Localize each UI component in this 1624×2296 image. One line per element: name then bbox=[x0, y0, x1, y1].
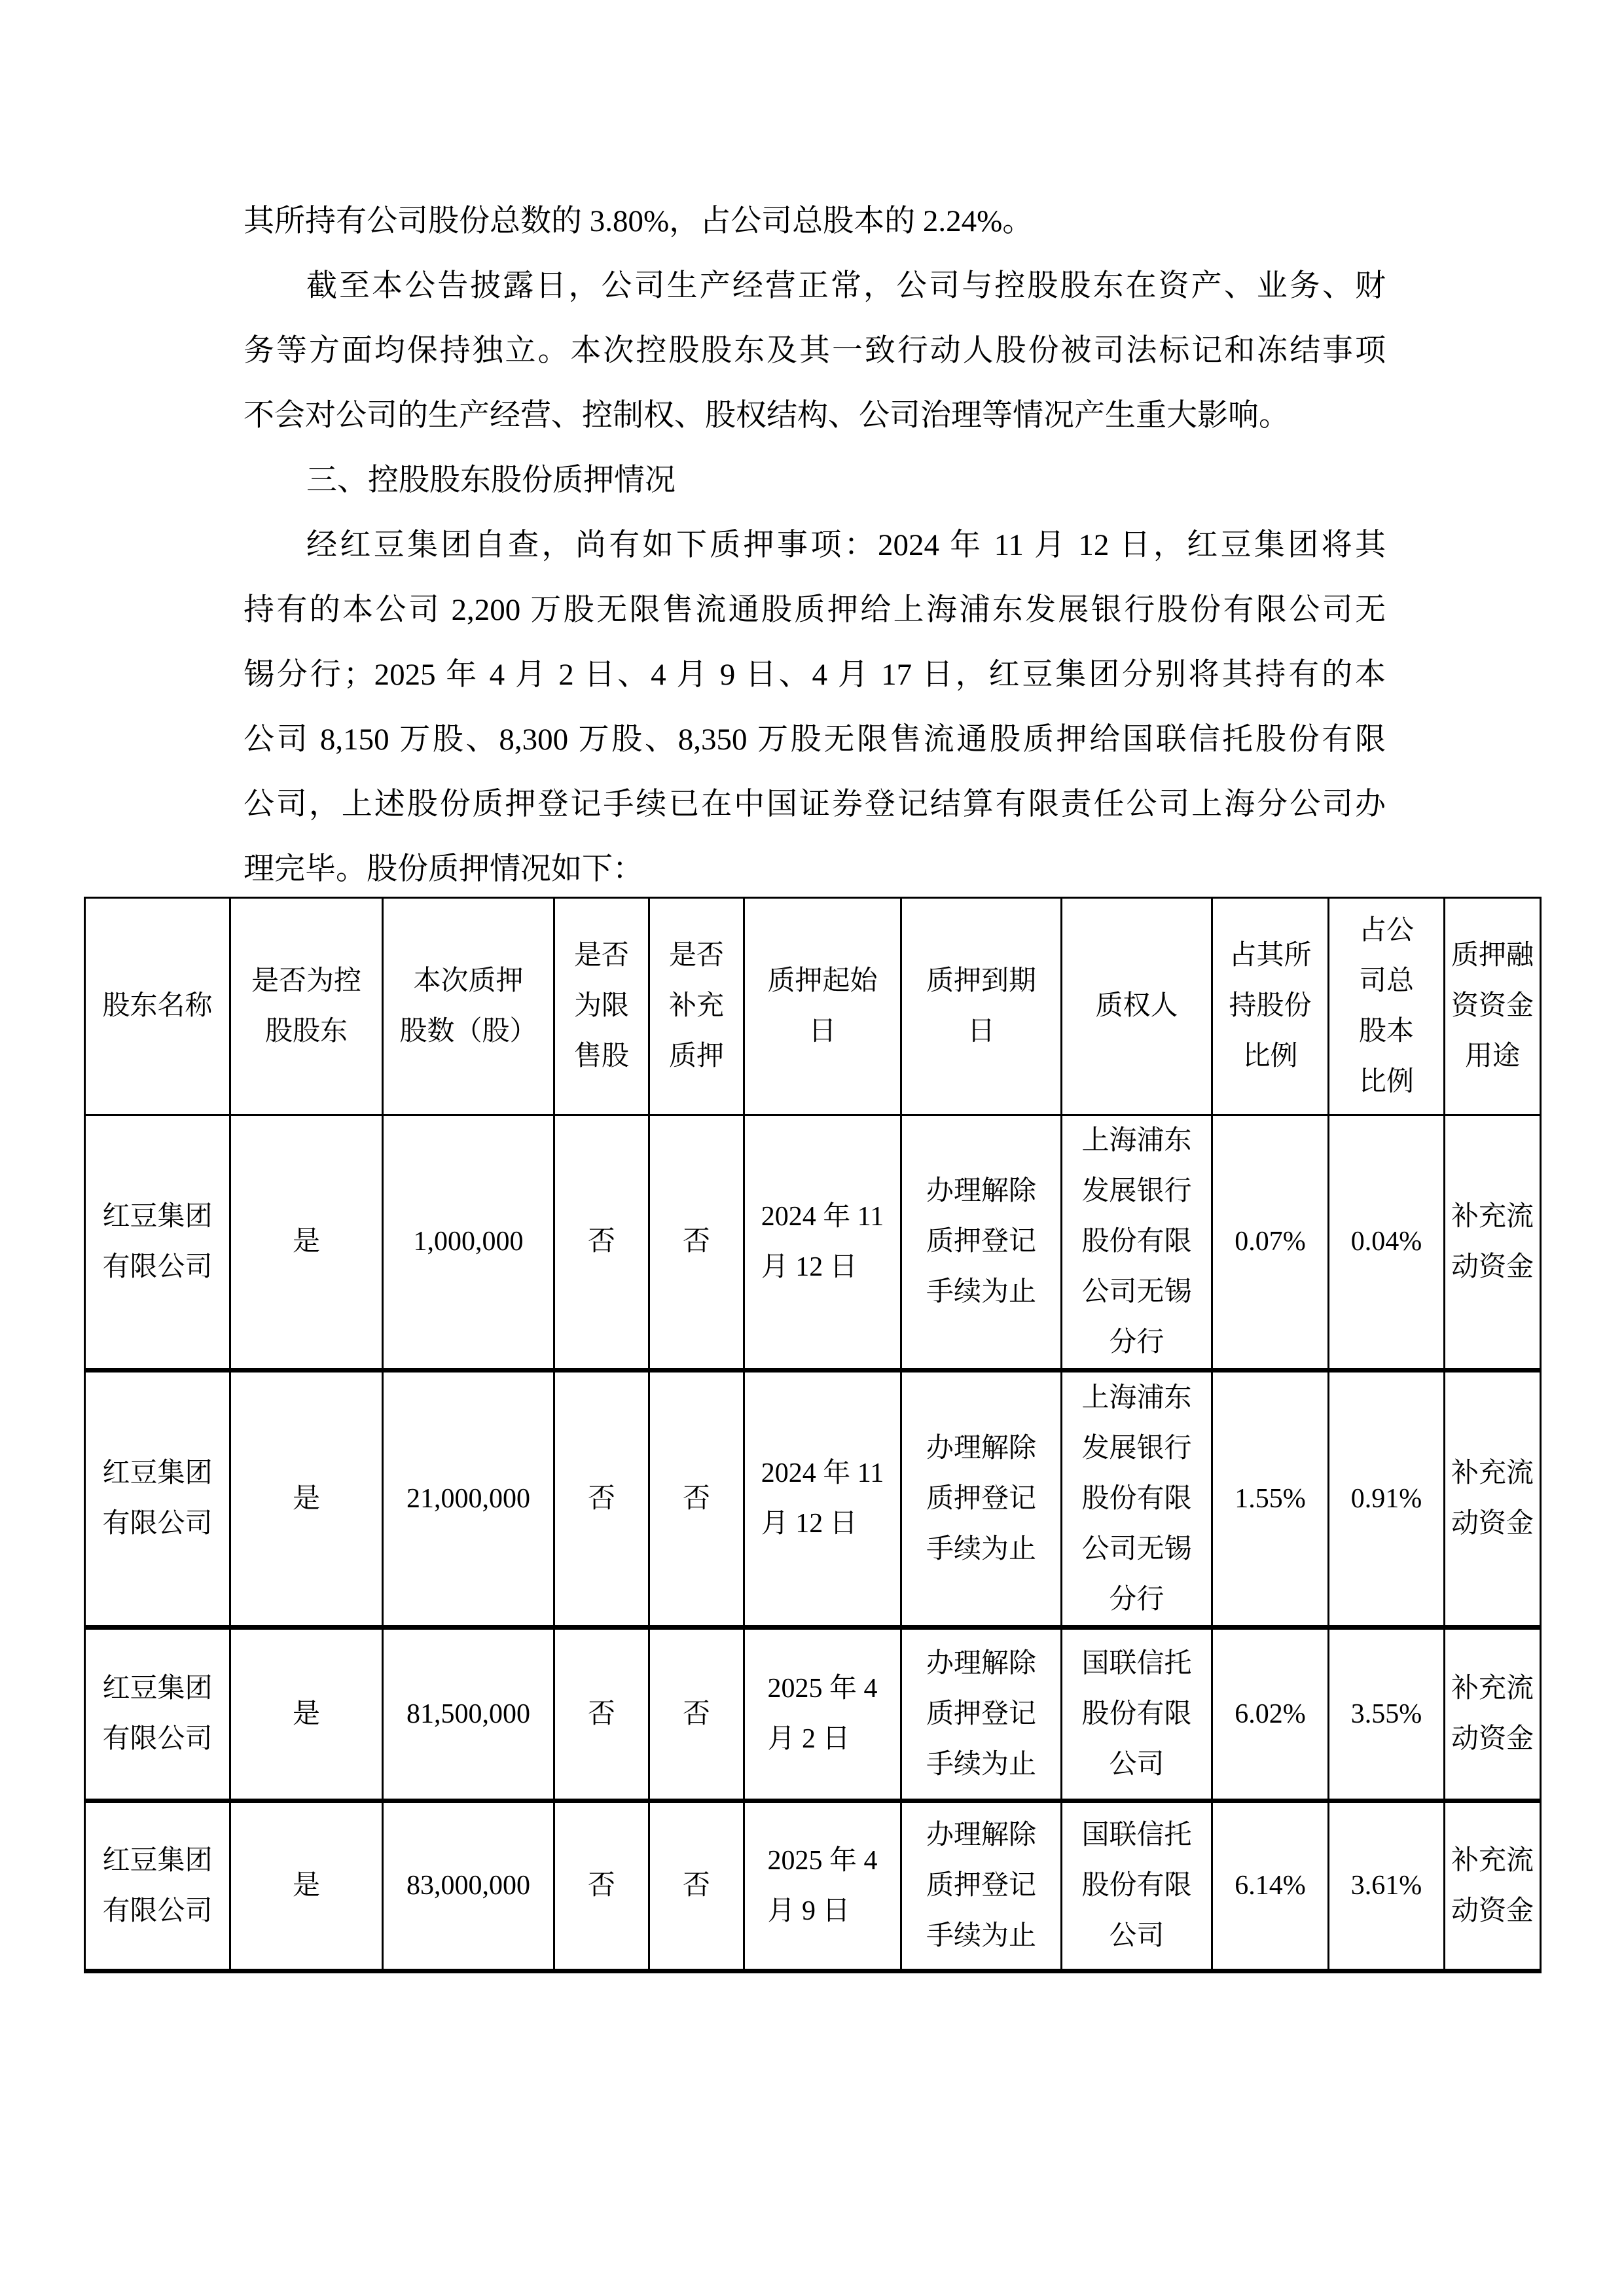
table-row: 红豆集团 有限公司 是 81,500,000 否 否 2025 年 4 月 2 … bbox=[85, 1628, 1541, 1801]
cell-pledgee: 上海浦东 发展银行 股份有限 公司无锡 分行 bbox=[1062, 1371, 1212, 1628]
cell-pledged-shares: 81,500,000 bbox=[383, 1628, 554, 1801]
cell-pct-of-holding: 6.02% bbox=[1212, 1628, 1329, 1801]
header-is-controlling-shareholder: 是否为控 股股东 bbox=[230, 898, 383, 1115]
table-row: 红豆集团 有限公司 是 1,000,000 否 否 2024 年 11 月 12… bbox=[85, 1115, 1541, 1371]
cell-start-date: 2025 年 4 月 9 日 bbox=[744, 1801, 901, 1971]
cell-shareholder-name: 红豆集团 有限公司 bbox=[85, 1801, 230, 1971]
header-pledgee: 质权人 bbox=[1062, 898, 1212, 1115]
cell-pct-of-holding: 1.55% bbox=[1212, 1371, 1329, 1628]
cell-end-date: 办理解除 质押登记 手续为止 bbox=[901, 1628, 1062, 1801]
cell-purpose: 补充流 动资金 bbox=[1445, 1628, 1541, 1801]
cell-end-date: 办理解除 质押登记 手续为止 bbox=[901, 1371, 1062, 1628]
cell-start-date: 2024 年 11 月 12 日 bbox=[744, 1115, 901, 1371]
start-date-text: 2024 年 11 月 12 日 bbox=[761, 1448, 884, 1549]
start-date-text: 2024 年 11 月 12 日 bbox=[761, 1192, 884, 1293]
header-pct-of-total-capital: 占公 司总 股本 比例 bbox=[1329, 898, 1445, 1115]
cell-pct-of-capital: 0.04% bbox=[1329, 1115, 1445, 1371]
paragraph-line: 理完毕。股份质押情况如下： bbox=[244, 837, 1386, 902]
document-page: 其所持有公司股份总数的 3.80%，占公司总股本的 2.24%。 截至本公告披露… bbox=[0, 0, 1624, 2296]
paragraph-line: 不会对公司的生产经营、控制权、股权结构、公司治理等情况产生重大影响。 bbox=[244, 384, 1386, 448]
start-date-text: 2025 年 4 月 2 日 bbox=[767, 1664, 877, 1765]
header-pledged-shares: 本次质押 股数（股） bbox=[383, 898, 554, 1115]
paragraph-line: 持有的本公司 2,200 万股无限售流通股质押给上海浦东发展银行股份有限公司无 bbox=[244, 578, 1386, 643]
cell-pct-of-capital: 3.55% bbox=[1329, 1628, 1445, 1801]
cell-is-restricted: 否 bbox=[554, 1371, 649, 1628]
cell-end-date: 办理解除 质押登记 手续为止 bbox=[901, 1801, 1062, 1971]
cell-shareholder-name: 红豆集团 有限公司 bbox=[85, 1115, 230, 1371]
table-row: 红豆集团 有限公司 是 21,000,000 否 否 2024 年 11 月 1… bbox=[85, 1371, 1541, 1628]
cell-is-controlling: 是 bbox=[230, 1115, 383, 1371]
cell-shareholder-name: 红豆集团 有限公司 bbox=[85, 1371, 230, 1628]
cell-pct-of-capital: 3.61% bbox=[1329, 1801, 1445, 1971]
header-pledge-end-date: 质押到期 日 bbox=[901, 898, 1062, 1115]
paragraph-line: 经红豆集团自查，尚有如下质押事项：2024 年 11 月 12 日，红豆集团将其 bbox=[244, 513, 1386, 578]
cell-pct-of-capital: 0.91% bbox=[1329, 1371, 1445, 1628]
paragraph-line: 务等方面均保持独立。本次控股股东及其一致行动人股份被司法标记和冻结事项 bbox=[244, 319, 1386, 384]
cell-start-date: 2025 年 4 月 2 日 bbox=[744, 1628, 901, 1801]
header-shareholder-name: 股东名称 bbox=[85, 898, 230, 1115]
cell-is-restricted: 否 bbox=[554, 1628, 649, 1801]
cell-start-date: 2024 年 11 月 12 日 bbox=[744, 1371, 901, 1628]
cell-end-date: 办理解除 质押登记 手续为止 bbox=[901, 1115, 1062, 1371]
cell-is-supplementary: 否 bbox=[649, 1628, 744, 1801]
document-body: 其所持有公司股份总数的 3.80%，占公司总股本的 2.24%。 截至本公告披露… bbox=[244, 189, 1386, 902]
cell-purpose: 补充流 动资金 bbox=[1445, 1801, 1541, 1971]
cell-is-supplementary: 否 bbox=[649, 1115, 744, 1371]
header-pledge-start-date: 质押起始 日 bbox=[744, 898, 901, 1115]
table-header-row: 股东名称 是否为控 股股东 本次质押 股数（股） 是否 为限 售股 是否 补充 … bbox=[85, 898, 1541, 1115]
header-pct-of-holding: 占其所 持股份 比例 bbox=[1212, 898, 1329, 1115]
cell-pct-of-holding: 6.14% bbox=[1212, 1801, 1329, 1971]
paragraph-line: 截至本公告披露日，公司生产经营正常，公司与控股股东在资产、业务、财 bbox=[244, 254, 1386, 319]
header-is-restricted-shares: 是否 为限 售股 bbox=[554, 898, 649, 1115]
cell-pledgee: 上海浦东 发展银行 股份有限 公司无锡 分行 bbox=[1062, 1115, 1212, 1371]
cell-purpose: 补充流 动资金 bbox=[1445, 1115, 1541, 1371]
cell-is-restricted: 否 bbox=[554, 1115, 649, 1371]
paragraph-line: 公司，上述股份质押登记手续已在中国证券登记结算有限责任公司上海分公司办 bbox=[244, 772, 1386, 837]
paragraph-line: 其所持有公司股份总数的 3.80%，占公司总股本的 2.24%。 bbox=[244, 189, 1386, 254]
cell-pledged-shares: 1,000,000 bbox=[383, 1115, 554, 1371]
table-row: 红豆集团 有限公司 是 83,000,000 否 否 2025 年 4 月 9 … bbox=[85, 1801, 1541, 1971]
cell-pledged-shares: 83,000,000 bbox=[383, 1801, 554, 1971]
cell-pledgee: 国联信托 股份有限 公司 bbox=[1062, 1801, 1212, 1971]
cell-is-controlling: 是 bbox=[230, 1801, 383, 1971]
cell-pledged-shares: 21,000,000 bbox=[383, 1371, 554, 1628]
pledge-table: 股东名称 是否为控 股股东 本次质押 股数（股） 是否 为限 售股 是否 补充 … bbox=[84, 897, 1542, 1973]
cell-pct-of-holding: 0.07% bbox=[1212, 1115, 1329, 1371]
paragraph-line: 公司 8,150 万股、8,300 万股、8,350 万股无限售流通股质押给国联… bbox=[244, 708, 1386, 772]
cell-is-restricted: 否 bbox=[554, 1801, 649, 1971]
cell-is-supplementary: 否 bbox=[649, 1371, 744, 1628]
cell-is-controlling: 是 bbox=[230, 1371, 383, 1628]
cell-is-controlling: 是 bbox=[230, 1628, 383, 1801]
section-heading: 三、控股股东股份质押情况 bbox=[244, 448, 1386, 513]
header-is-supplementary-pledge: 是否 补充 质押 bbox=[649, 898, 744, 1115]
cell-purpose: 补充流 动资金 bbox=[1445, 1371, 1541, 1628]
header-financing-purpose: 质押融 资资金 用途 bbox=[1445, 898, 1541, 1115]
cell-pledgee: 国联信托 股份有限 公司 bbox=[1062, 1628, 1212, 1801]
paragraph-line: 锡分行；2025 年 4 月 2 日、4 月 9 日、4 月 17 日，红豆集团… bbox=[244, 643, 1386, 708]
cell-shareholder-name: 红豆集团 有限公司 bbox=[85, 1628, 230, 1801]
start-date-text: 2025 年 4 月 9 日 bbox=[767, 1836, 877, 1937]
cell-is-supplementary: 否 bbox=[649, 1801, 744, 1971]
